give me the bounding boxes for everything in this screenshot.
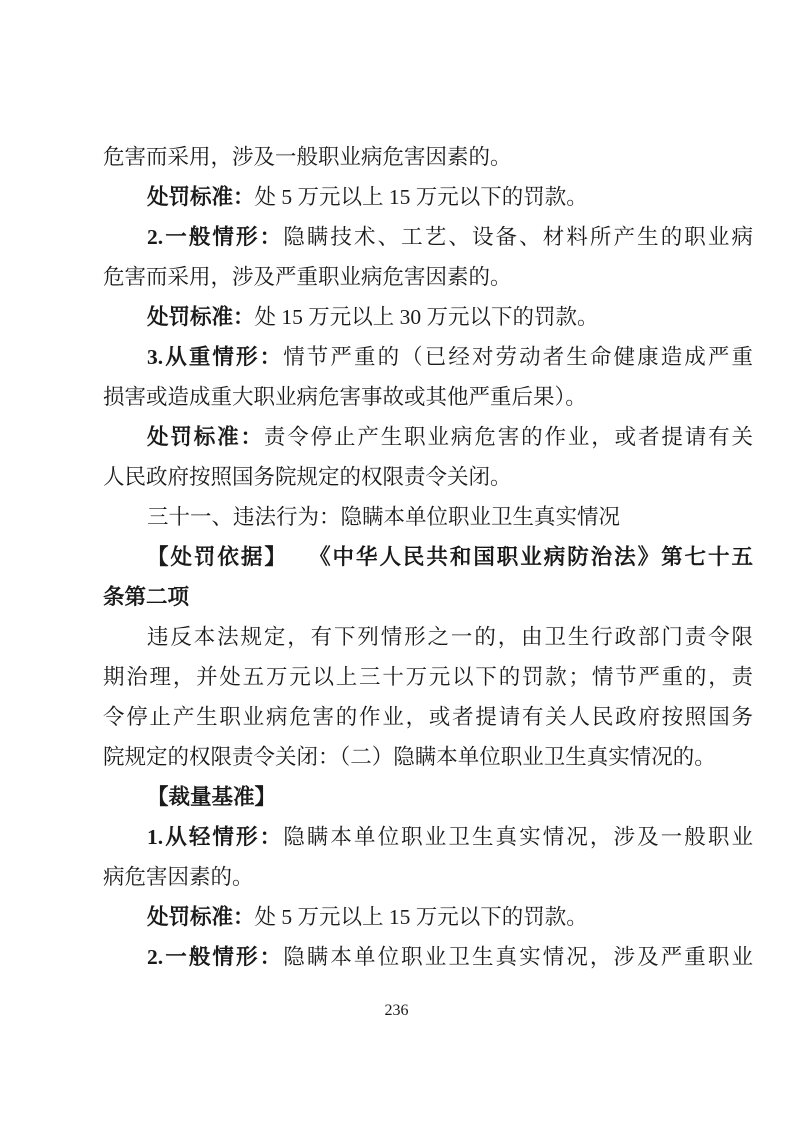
text-segment-bold: 【处罚依据】	[147, 545, 288, 569]
text-segment: 违反本法规定，有下列情形之一的，由卫生行政部门责令限	[147, 625, 753, 649]
text-segment: 危害而采用，涉及一般职业病危害因素的。	[103, 145, 512, 169]
text-line: 2.一般情形：隐瞒技术、工艺、设备、材料所产生的职业病	[103, 217, 753, 257]
page-number: 236	[385, 1002, 409, 1019]
text-segment: 人民政府按照国务院规定的权限责令关闭。	[103, 465, 512, 489]
text-line: 违反本法规定，有下列情形之一的，由卫生行政部门责令限	[103, 617, 753, 657]
text-segment-bold: 2.一般情形：	[147, 945, 283, 969]
text-segment: 期治理，并处五万元以上三十万元以下的罚款；情节严重的，责	[103, 665, 753, 689]
document-body: 危害而采用，涉及一般职业病危害因素的。处罚标准：处 5 万元以上 15 万元以下…	[103, 137, 753, 977]
text-segment: 三十一、违法行为：隐瞒本单位职业卫生真实情况	[147, 505, 620, 529]
text-segment: 危害而采用，涉及严重职业病危害因素的。	[103, 265, 512, 289]
text-line: 处罚标准：责令停止产生职业病危害的作业，或者提请有关	[103, 417, 753, 457]
text-line: 危害而采用，涉及严重职业病危害因素的。	[103, 257, 753, 297]
text-segment-bold: 2.一般情形：	[147, 225, 283, 249]
text-segment-bold: 处罚标准：	[147, 425, 264, 449]
text-segment: 处 5 万元以上 15 万元以下的罚款。	[255, 905, 588, 929]
text-line: 危害而采用，涉及一般职业病危害因素的。	[103, 137, 753, 177]
text-segment: 情节严重的（已经对劳动者生命健康造成严重	[283, 345, 753, 369]
text-line: 【裁量基准】	[103, 777, 753, 817]
text-line: 人民政府按照国务院规定的权限责令关闭。	[103, 457, 753, 497]
text-segment-bold: 处罚标准：	[147, 905, 255, 929]
text-segment: 损害或造成重大职业病危害事故或其他严重后果）。	[103, 385, 587, 409]
text-line: 三十一、违法行为：隐瞒本单位职业卫生真实情况	[103, 497, 753, 537]
text-segment-bold: 处罚标准：	[147, 305, 255, 329]
text-line: 损害或造成重大职业病危害事故或其他严重后果）。	[103, 377, 753, 417]
text-segment-bold: 3.从重情形：	[147, 345, 283, 369]
document-page: 危害而采用，涉及一般职业病危害因素的。处罚标准：处 5 万元以上 15 万元以下…	[0, 0, 793, 1122]
text-line: 条第二项	[103, 577, 753, 617]
text-line: 1.从轻情形：隐瞒本单位职业卫生真实情况，涉及一般职业	[103, 817, 753, 857]
text-segment: 隐瞒技术、工艺、设备、材料所产生的职业病	[283, 225, 753, 249]
text-segment: 隐瞒本单位职业卫生真实情况，涉及严重职业	[283, 945, 753, 969]
text-line: 处罚标准：处 15 万元以上 30 万元以下的罚款。	[103, 297, 753, 337]
text-segment-bold: 《中华人民共和国职业病防治法》第七十五	[320, 545, 753, 569]
text-segment: 责令停止产生职业病危害的作业，或者提请有关	[264, 425, 753, 449]
text-segment: 处 15 万元以上 30 万元以下的罚款。	[255, 305, 599, 329]
text-line: 2.一般情形：隐瞒本单位职业卫生真实情况，涉及严重职业	[103, 937, 753, 977]
text-line: 院规定的权限责令关闭：（二）隐瞒本单位职业卫生真实情况的。	[103, 737, 753, 777]
text-line: 病危害因素的。	[103, 857, 753, 897]
text-line: 3.从重情形：情节严重的（已经对劳动者生命健康造成严重	[103, 337, 753, 377]
text-segment-bold: 处罚标准：	[147, 185, 255, 209]
text-segment-bold: 1.从轻情形：	[147, 825, 283, 849]
text-segment: 病危害因素的。	[103, 865, 254, 889]
text-segment: 令停止产生职业病危害的作业，或者提请有关人民政府按照国务	[103, 705, 753, 729]
text-line: 期治理，并处五万元以上三十万元以下的罚款；情节严重的，责	[103, 657, 753, 697]
text-line: 处罚标准：处 5 万元以上 15 万元以下的罚款。	[103, 897, 753, 937]
text-line: 令停止产生职业病危害的作业，或者提请有关人民政府按照国务	[103, 697, 753, 737]
text-segment: 处 5 万元以上 15 万元以下的罚款。	[255, 185, 588, 209]
text-segment: 院规定的权限责令关闭：（二）隐瞒本单位职业卫生真实情况的。	[103, 745, 716, 769]
text-segment-bold: 【裁量基准】	[147, 785, 276, 809]
text-line: 处罚标准：处 5 万元以上 15 万元以下的罚款。	[103, 177, 753, 217]
text-segment: 隐瞒本单位职业卫生真实情况，涉及一般职业	[283, 825, 753, 849]
text-line: 【处罚依据】《中华人民共和国职业病防治法》第七十五	[103, 537, 753, 577]
page-footer: 236	[0, 1000, 793, 1022]
text-segment-bold: 条第二项	[103, 585, 189, 609]
